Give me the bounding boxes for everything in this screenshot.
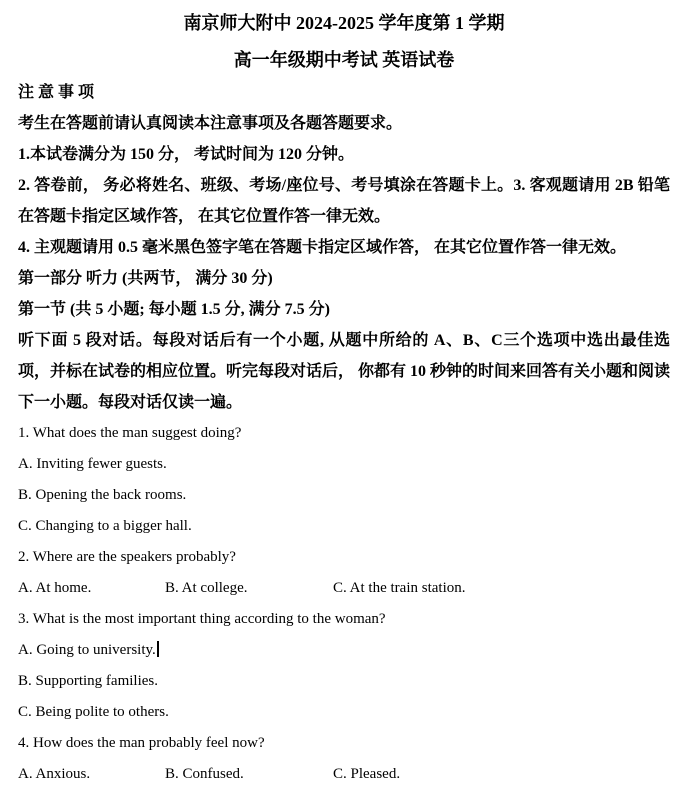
question-2-options-row: A. At home. B. At college. C. At the tra… (18, 573, 670, 604)
question-1-option-a: A. Inviting fewer guests. (18, 449, 670, 480)
notice-item-2-3: 2. 答卷前， 务必将姓名、班级、考场/座位号、考号填涂在答题卡上。3. 客观题… (18, 170, 670, 232)
exam-body: 注 意 事 项 考生在答题前请认真阅读本注意事项及各题答题要求。 1.本试卷满分… (18, 77, 670, 787)
exam-title-line2: 高一年级期中考试 英语试卷 (18, 45, 670, 75)
part1-heading: 第一部分 听力 (共两节， 满分 30 分) (18, 263, 670, 294)
notice-item-1: 1.本试卷满分为 150 分， 考试时间为 120 分钟。 (18, 139, 670, 170)
question-3-text: 3. What is the most important thing acco… (18, 604, 670, 635)
notice-item-4: 4. 主观题请用 0.5 毫米黑色签字笔在答题卡指定区域作答， 在其它位置作答一… (18, 232, 670, 263)
exam-title-line1: 南京师大附中 2024-2025 学年度第 1 学期 (18, 8, 670, 38)
question-1-option-b: B. Opening the back rooms. (18, 480, 670, 511)
question-2-option-a: A. At home. (18, 573, 165, 604)
question-4-text: 4. How does the man probably feel now? (18, 728, 670, 759)
notice-heading: 注 意 事 项 (18, 77, 670, 108)
question-4-options-row: A. Anxious. B. Confused. C. Pleased. (18, 759, 670, 787)
section1-heading: 第一节 (共 5 小题; 每小题 1.5 分, 满分 7.5 分) (18, 294, 670, 325)
question-3-option-c: C. Being polite to others. (18, 697, 670, 728)
exam-paper-page: 南京师大附中 2024-2025 学年度第 1 学期 高一年级期中考试 英语试卷… (0, 0, 692, 787)
text-cursor (157, 641, 159, 657)
question-3-option-a: A. Going to university. (18, 635, 670, 666)
question-4-option-a: A. Anxious. (18, 759, 165, 787)
question-2-option-c: C. At the train station. (333, 573, 670, 604)
question-2-option-b: B. At college. (165, 573, 333, 604)
question-4-option-b: B. Confused. (165, 759, 333, 787)
question-2-text: 2. Where are the speakers probably? (18, 542, 670, 573)
question-1-option-c: C. Changing to a bigger hall. (18, 511, 670, 542)
question-1-text: 1. What does the man suggest doing? (18, 418, 670, 449)
question-3-option-a-label: A. Going to university. (18, 642, 156, 658)
listening-instructions: 听下面 5 段对话。每段对话后有一个小题, 从题中所给的 A、B、C三个选项中选… (18, 325, 670, 418)
question-3-option-b: B. Supporting families. (18, 666, 670, 697)
notice-intro: 考生在答题前请认真阅读本注意事项及各题答题要求。 (18, 108, 670, 139)
question-4-option-c: C. Pleased. (333, 759, 670, 787)
